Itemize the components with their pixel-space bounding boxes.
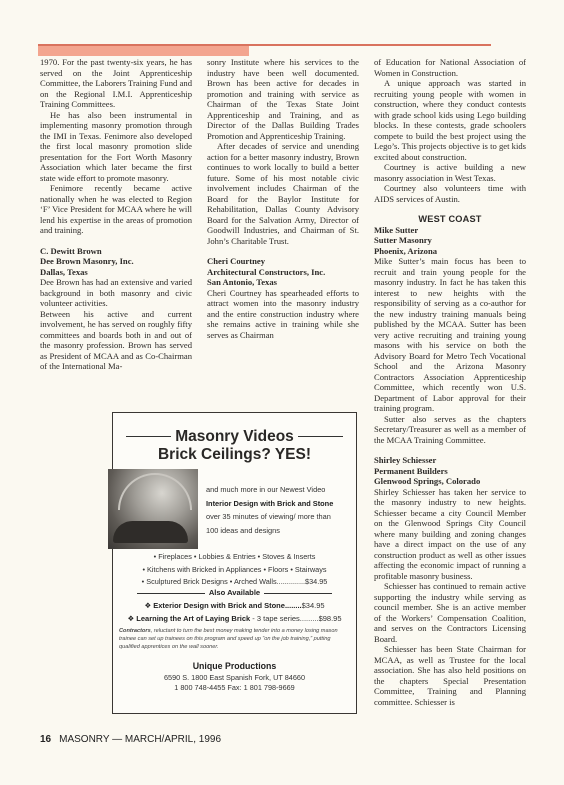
profile-location: Phoenix, Arizona [374,246,526,257]
profile-company: Dee Brown Masonry, Inc. [40,256,192,267]
paragraph: sonry Institute where his services to th… [207,57,359,141]
column-3: of Education for National Association of… [374,57,526,707]
divider [137,593,205,594]
divider [264,593,332,594]
ad-product-list: ❖ Exterior Design with Brick and Stone..… [113,600,356,625]
profile-name: Shirley Schiesser [374,455,526,466]
profile-location: Dallas, Texas [40,267,192,278]
publication-info: MASONRY — MARCH/APRIL, 1996 [59,734,221,745]
divider [126,436,171,437]
paragraph: Schiesser has been State Chairman for MC… [374,644,526,707]
column-2: sonry Institute where his services to th… [207,57,359,340]
ad-company: Unique Productions [113,661,356,671]
paragraph: Courtney is active building a new masonr… [374,162,526,183]
paragraph: Schiesser has continued to remain active… [374,581,526,644]
paragraph: Mike Sutter’s main focus has been to rec… [374,256,526,414]
profile-location: Glenwood Springs, Colorado [374,476,526,487]
paragraph: 1970. For the past twenty-six years, he … [40,57,192,110]
profile-name: Mike Sutter [374,225,526,236]
page-footer: 16MASONRY — MARCH/APRIL, 1996 [40,734,221,745]
header-color-bar [38,46,249,56]
page-number: 16 [40,734,51,745]
paragraph: He has also been instrumental in impleme… [40,110,192,184]
ad-description: and much more in our Newest Video Interi… [206,483,356,537]
ad-subtitle: Brick Ceilings? YES! [113,446,356,463]
paragraph: Dee Brown has had an extensive and varie… [40,277,192,309]
arch-shape [118,473,192,510]
section-heading: WEST COAST [374,214,526,225]
profile-company: Architectural Constructors, Inc. [207,267,359,278]
ad-title: Masonry Videos [113,428,356,445]
also-available-heading: Also Available [123,588,346,597]
profile-company: Permanent Builders [374,466,526,477]
paragraph: A unique approach was started in recruit… [374,78,526,162]
ad-note: Contractors, reluctant to turn the best … [119,627,351,651]
ad-feature-list: • Fireplaces • Lobbies & Entries • Stove… [113,551,356,589]
paragraph: Courtney also volunteers time with AIDS … [374,183,526,204]
paragraph: Fenimore recently became active national… [40,183,192,236]
profile-location: San Antonio, Texas [207,277,359,288]
profile-company: Sutter Masonry [374,235,526,246]
profile-name: C. Dewitt Brown [40,246,192,257]
product-item: ❖ Exterior Design with Brick and Stone..… [113,600,356,613]
profile-name: Cheri Courtney [207,256,359,267]
advertisement-box: Masonry Videos Brick Ceilings? YES! and … [112,412,357,714]
paragraph: of Education for National Association of… [374,57,526,78]
floor-shape [113,521,188,543]
product-item: ❖ Learning the Art of Laying Brick - 3 t… [113,613,356,626]
paragraph: Sutter also serves as the chapters Secre… [374,414,526,446]
paragraph: After decades of service and unending ac… [207,141,359,246]
divider [298,436,343,437]
column-1: 1970. For the past twenty-six years, he … [40,57,192,372]
paragraph: Between his active and current involveme… [40,309,192,372]
brick-ceiling-photo [108,469,198,549]
paragraph: Cheri Courtney has spearheaded efforts t… [207,288,359,341]
ad-contact: 6590 S. 1800 East Spanish Fork, UT 84660… [113,673,356,693]
paragraph: Shirley Schiesser has taken her service … [374,487,526,582]
